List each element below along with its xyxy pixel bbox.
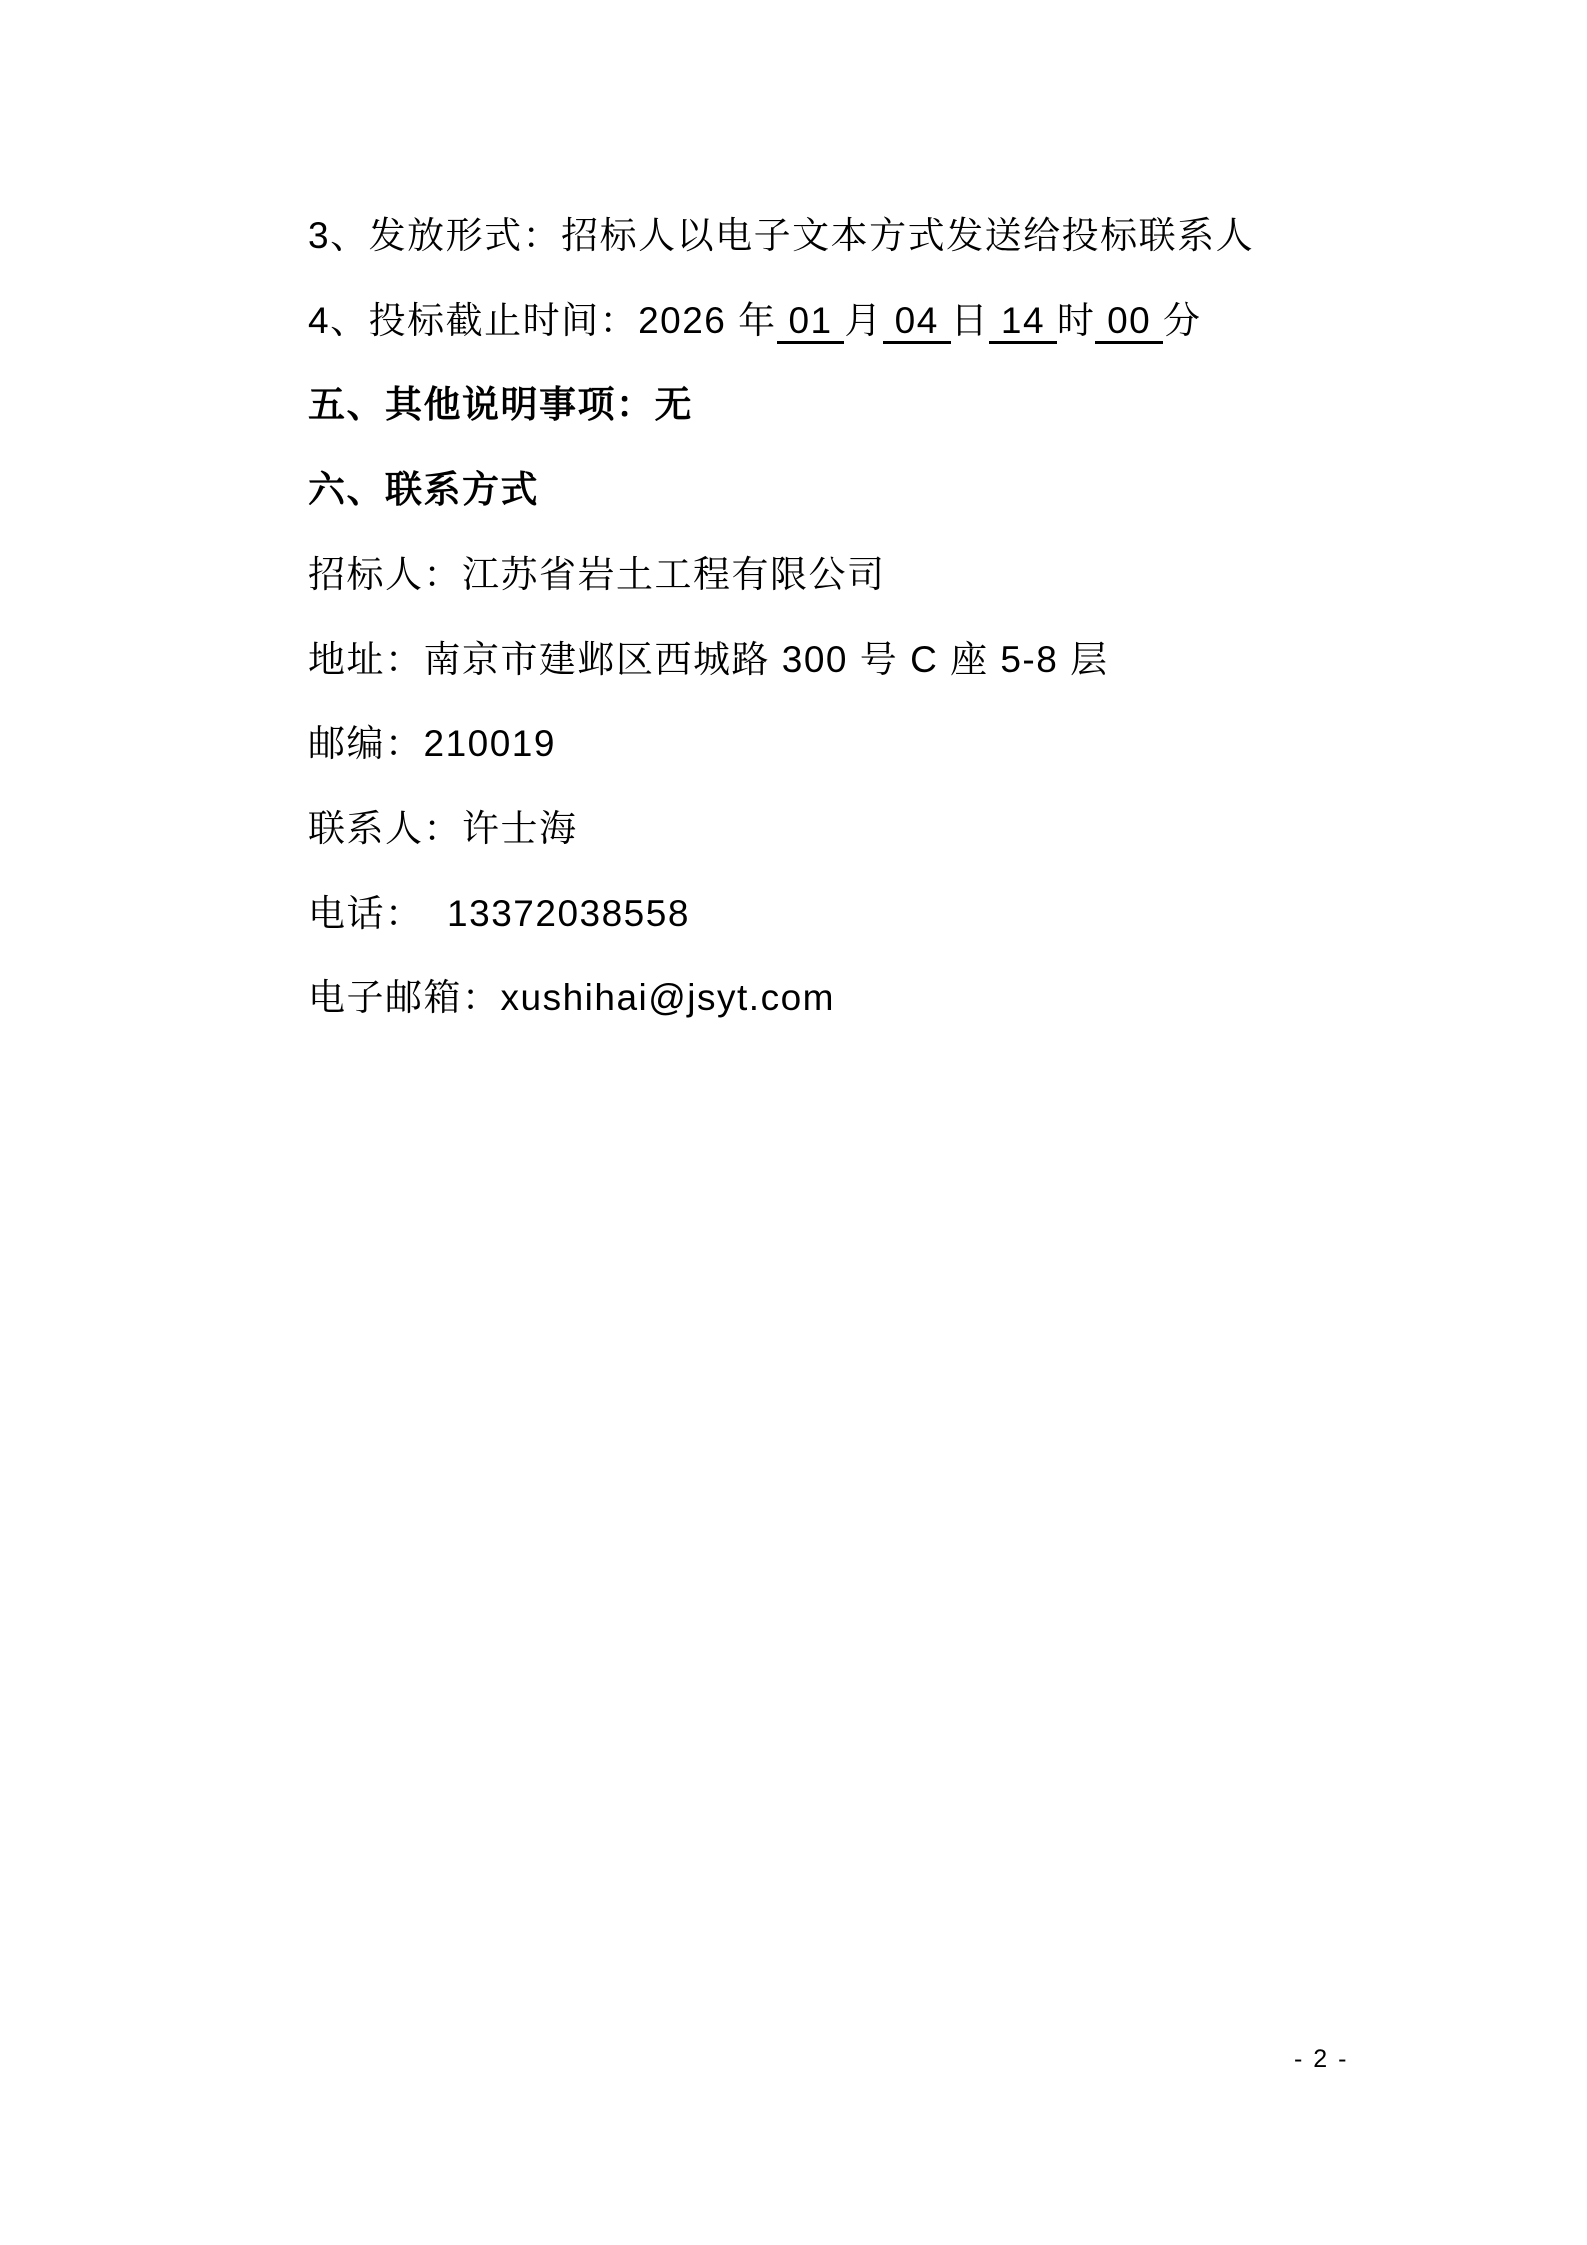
deadline-day-label: 日 bbox=[951, 300, 990, 341]
paragraph-contact-person: 联系人：许士海 bbox=[308, 787, 1357, 872]
deadline-hour-value: 14 bbox=[989, 300, 1057, 344]
paragraph-email: 电子邮箱：xushihai@jsyt.com bbox=[308, 956, 1357, 1041]
deadline-day-value: 04 bbox=[883, 300, 951, 344]
page-footer: - 2 - bbox=[1294, 2045, 1348, 2074]
paragraph-postcode: 邮编：210019 bbox=[308, 702, 1357, 787]
paragraph-phone: 电话： 13372038558 bbox=[308, 872, 1357, 957]
paragraph-bid-deadline: 4、投标截止时间：2026 年 01 月 04 日 14 时 00 分 bbox=[308, 279, 1357, 364]
paragraph-distribution-method: 3、发放形式：招标人以电子文本方式发送给投标联系人 bbox=[308, 194, 1357, 279]
paragraph-address: 地址：南京市建邺区西城路 300 号 C 座 5-8 层 bbox=[308, 618, 1357, 703]
deadline-hour-label: 时 bbox=[1057, 300, 1096, 341]
deadline-month-label: 月 bbox=[844, 300, 883, 341]
document-page: 3、发放形式：招标人以电子文本方式发送给投标联系人 4、投标截止时间：2026 … bbox=[0, 0, 1587, 2245]
deadline-minute-label: 分 bbox=[1163, 300, 1202, 341]
paragraph-tenderer: 招标人：江苏省岩土工程有限公司 bbox=[308, 533, 1357, 618]
deadline-prefix-text: 4、投标截止时间：2026 年 bbox=[308, 300, 777, 341]
heading-other-notes: 五、其他说明事项：无 bbox=[308, 363, 1357, 448]
document-body: 3、发放形式：招标人以电子文本方式发送给投标联系人 4、投标截止时间：2026 … bbox=[308, 194, 1357, 1041]
heading-contact-info: 六、联系方式 bbox=[308, 448, 1357, 533]
page-number: - 2 - bbox=[1294, 2045, 1348, 2073]
deadline-month-value: 01 bbox=[777, 300, 845, 344]
deadline-minute-value: 00 bbox=[1095, 300, 1163, 344]
